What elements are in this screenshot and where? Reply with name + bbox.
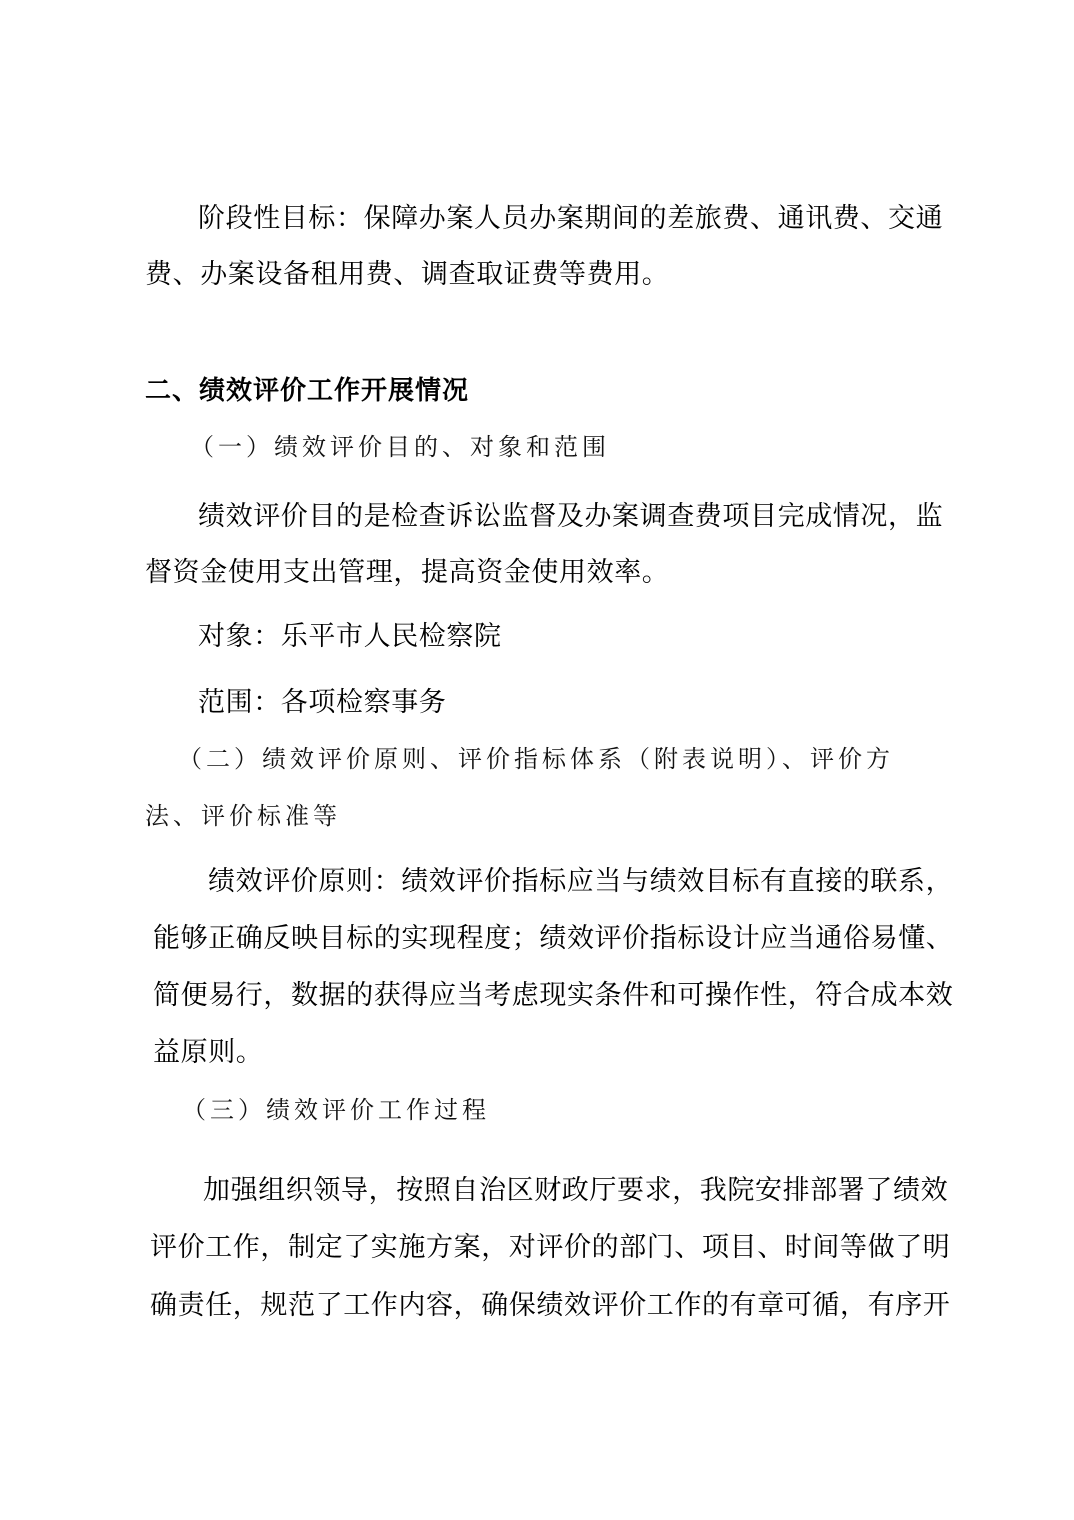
principle-line-3: 简便易行，数据的获得应当考虑现实条件和可操作性，符合成本效 (153, 979, 953, 1013)
section-heading: 二、绩效评价工作开展情况 (145, 374, 469, 408)
document-page: 阶段性目标：保障办案人员办案期间的差旅费、通讯费、交通 费、办案设备租用费、调查… (0, 0, 1074, 1520)
evaluation-object: 对象：乐平市人民检察院 (198, 620, 502, 654)
principle-line-2: 能够正确反映目标的实现程度；绩效评价指标设计应当通俗易懂、 (153, 922, 953, 956)
subsection-1-title: （一）绩效评价目的、对象和范围 (190, 430, 610, 464)
principle-line-4: 益原则。 (153, 1036, 263, 1070)
stage-goal-line-1: 阶段性目标：保障办案人员办案期间的差旅费、通讯费、交通 (198, 202, 943, 236)
subsection-3-title: （三）绩效评价工作过程 (182, 1093, 490, 1127)
subsection-2-title-line-2: 法、评价标准等 (145, 799, 341, 833)
purpose-line-1: 绩效评价目的是检查诉讼监督及办案调查费项目完成情况，监 (198, 500, 943, 534)
process-line-3: 确责任，规范了工作内容，确保绩效评价工作的有章可循，有序开 (150, 1289, 950, 1323)
evaluation-scope: 范围：各项检察事务 (198, 686, 446, 720)
subsection-2-title-line-1: （二）绩效评价原则、评价指标体系（附表说明）、评价方 (178, 742, 894, 776)
process-line-2: 评价工作，制定了实施方案，对评价的部门、项目、时间等做了明 (150, 1231, 950, 1265)
process-line-1: 加强组织领导，按照自治区财政厅要求，我院安排部署了绩效 (203, 1174, 948, 1208)
principle-line-1: 绩效评价原则：绩效评价指标应当与绩效目标有直接的联系， (208, 865, 953, 899)
purpose-line-2: 督资金使用支出管理，提高资金使用效率。 (145, 556, 669, 590)
stage-goal-line-2: 费、办案设备租用费、调查取证费等费用。 (145, 258, 669, 292)
